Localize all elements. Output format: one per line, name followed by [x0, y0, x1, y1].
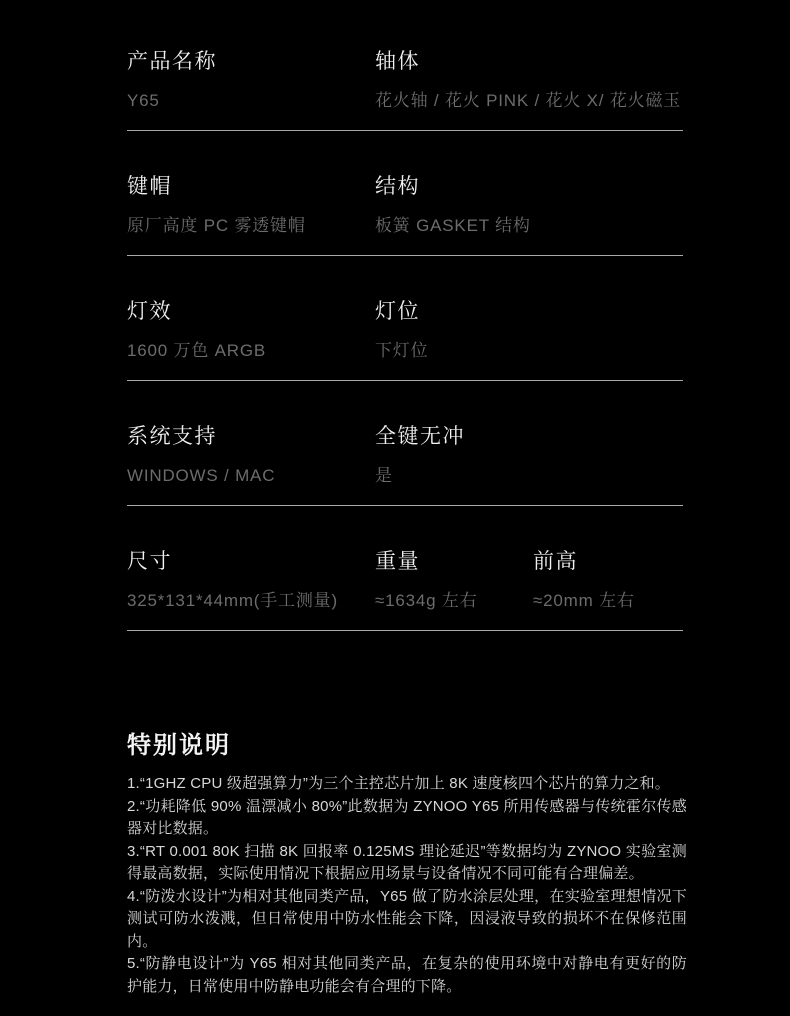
- spec-cell-dimensions: 尺寸 325*131*44mm(手工测量): [127, 547, 375, 614]
- spec-cell-structure: 结构 板簧 GASKET 结构: [375, 172, 683, 239]
- spec-value: WINDOWS / MAC: [127, 463, 375, 489]
- spec-table: 产品名称 Y65 轴体 花火轴 / 花火 PINK / 花火 X/ 花火磁玉 键…: [127, 0, 683, 631]
- note-item: 1.“1GHZ CPU 级超强算力”为三个主控芯片加上 8K 速度核四个芯片的算…: [127, 773, 687, 796]
- spec-value: 325*131*44mm(手工测量): [127, 588, 375, 614]
- spec-value: 花火轴 / 花火 PINK / 花火 X/ 花火磁玉: [375, 88, 683, 114]
- spec-cell-nkro: 全键无冲 是: [375, 422, 683, 489]
- spec-cell-keycap: 键帽 原厂高度 PC 雾透键帽: [127, 172, 375, 239]
- spec-label: 键帽: [127, 172, 375, 202]
- spec-label: 重量: [375, 547, 533, 577]
- spec-cell-light-position: 灯位 下灯位: [375, 297, 683, 364]
- spec-cell-system-support: 系统支持 WINDOWS / MAC: [127, 422, 375, 489]
- spec-label: 全键无冲: [375, 422, 683, 452]
- spec-cell-switch: 轴体 花火轴 / 花火 PINK / 花火 X/ 花火磁玉: [375, 47, 683, 114]
- spec-label: 灯位: [375, 297, 683, 327]
- product-spec-page: 产品名称 Y65 轴体 花火轴 / 花火 PINK / 花火 X/ 花火磁玉 键…: [0, 0, 790, 1016]
- spec-value: ≈1634g 左右: [375, 588, 533, 614]
- spec-value: 是: [375, 463, 683, 489]
- spec-value: 原厂高度 PC 雾透键帽: [127, 213, 375, 239]
- special-notes-section: 特别说明 1.“1GHZ CPU 级超强算力”为三个主控芯片加上 8K 速度核四…: [127, 731, 687, 998]
- spec-row-lighting: 灯效 1600 万色 ARGB 灯位 下灯位: [127, 256, 683, 381]
- notes-list: 1.“1GHZ CPU 级超强算力”为三个主控芯片加上 8K 速度核四个芯片的算…: [127, 773, 687, 998]
- spec-row-product: 产品名称 Y65 轴体 花火轴 / 花火 PINK / 花火 X/ 花火磁玉: [127, 6, 683, 131]
- spec-value: 1600 万色 ARGB: [127, 338, 375, 364]
- notes-heading: 特别说明: [127, 731, 687, 761]
- note-item: 5.“防静电设计”为 Y65 相对其他同类产品，在复杂的使用环境中对静电有更好的…: [127, 953, 687, 998]
- spec-cell-lighting: 灯效 1600 万色 ARGB: [127, 297, 375, 364]
- spec-label: 轴体: [375, 47, 683, 77]
- spec-cell-product-name: 产品名称 Y65: [127, 47, 375, 114]
- note-item: 3.“RT 0.001 80K 扫描 8K 回报率 0.125MS 理论延迟”等…: [127, 841, 687, 886]
- note-item: 2.“功耗降低 90% 温漂减小 80%”此数据为 ZYNOO Y65 所用传感…: [127, 796, 687, 841]
- spec-cell-front-height: 前高 ≈20mm 左右: [533, 547, 683, 614]
- spec-label: 尺寸: [127, 547, 375, 577]
- spec-value: ≈20mm 左右: [533, 588, 683, 614]
- spec-value: Y65: [127, 88, 375, 114]
- spec-row-keycap-structure: 键帽 原厂高度 PC 雾透键帽 结构 板簧 GASKET 结构: [127, 131, 683, 256]
- spec-label: 系统支持: [127, 422, 375, 452]
- note-item: 4.“防泼水设计”为相对其他同类产品，Y65 做了防水涂层处理，在实验室理想情况…: [127, 886, 687, 954]
- spec-row-system: 系统支持 WINDOWS / MAC 全键无冲 是: [127, 381, 683, 506]
- spec-label: 前高: [533, 547, 683, 577]
- spec-value: 下灯位: [375, 338, 683, 364]
- spec-label: 产品名称: [127, 47, 375, 77]
- spec-row-dimensions: 尺寸 325*131*44mm(手工测量) 重量 ≈1634g 左右 前高 ≈2…: [127, 506, 683, 631]
- spec-label: 结构: [375, 172, 683, 202]
- spec-cell-weight: 重量 ≈1634g 左右: [375, 547, 533, 614]
- spec-label: 灯效: [127, 297, 375, 327]
- spec-value: 板簧 GASKET 结构: [375, 213, 683, 239]
